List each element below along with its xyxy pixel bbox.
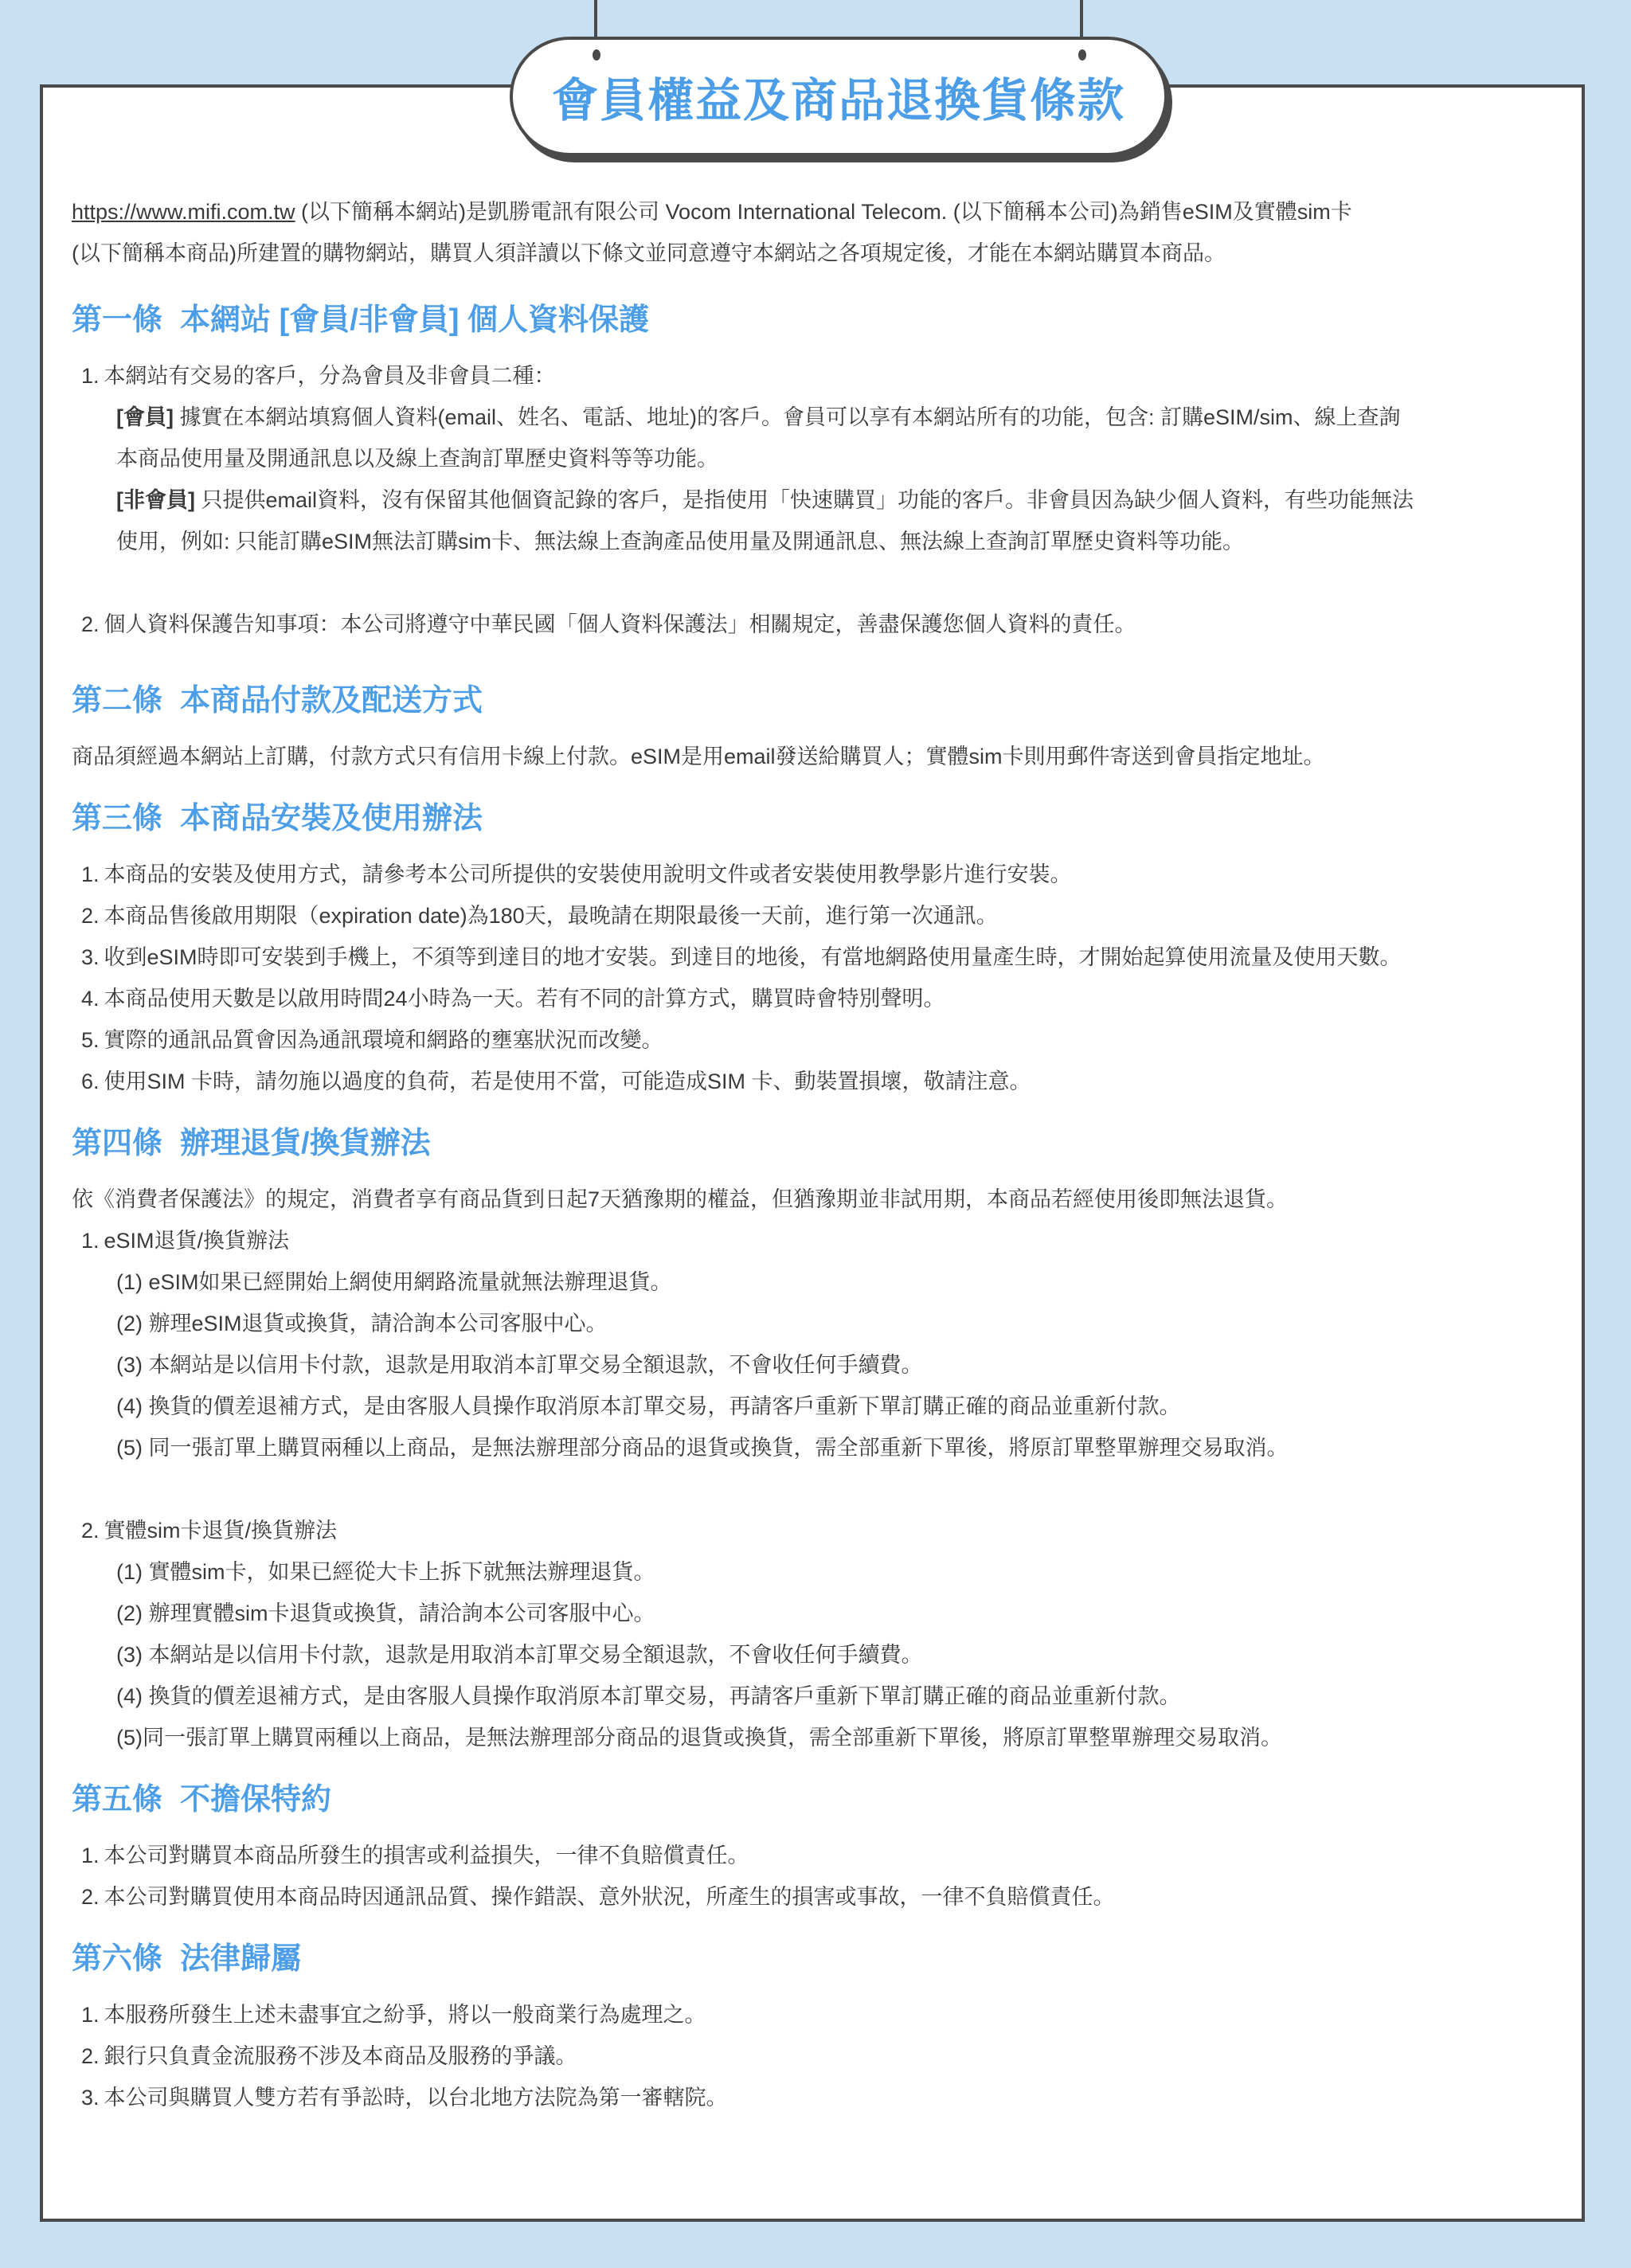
list-index: 2. [81, 1519, 100, 1543]
list-text: 實際的通訊品質會因為通訊環境和網路的壅塞狀況而改變。 [104, 1028, 663, 1052]
intro-paragraph: https://www.mifi.com.tw (以下簡稱本網站)是凱勝電訊有限… [72, 191, 1553, 233]
page-title: 會員權益及商品退換貨條款 [552, 63, 1125, 130]
nonmember-definition: [非會員] 只提供email資料，沒有保留其他個資記錄的客戶，是指使用「快速購買… [81, 479, 1553, 521]
list-item: 1.本網站有交易的客戶，分為會員及非會員二種： [81, 355, 1553, 397]
list-text: 本服務所發生上述未盡事宜之紛爭，將以一般商業行為處理之。 [104, 2003, 706, 2027]
member-text-line2: 本商品使用量及開通訊息以及線上查詢訂單歷史資料等等功能。 [81, 438, 1553, 479]
section-2-heading: 本商品付款及配送方式 [180, 684, 483, 718]
section-6-list: 1.本服務所發生上述未盡事宜之紛爭，將以一般商業行為處理之。 2.銀行只負責金流… [72, 1994, 1553, 2118]
list-index: 5. [81, 1028, 100, 1052]
section-1-title: 第一條本網站 [會員/非會員] 個人資料保護 [72, 296, 1553, 344]
list-index: 2. [81, 1885, 100, 1909]
list-text: 銀行只負責金流服務不涉及本商品及服務的爭議。 [104, 2044, 577, 2068]
member-text-line1: 據實在本網站填寫個人資料(email、姓名、電話、地址)的客戶。會員可以享有本網… [174, 405, 1401, 429]
list-item: 3.本公司與購買人雙方若有爭訟時，以台北地方法院為第一審轄院。 [81, 2077, 1553, 2118]
list-item: (5)同一張訂單上購買兩種以上商品，是無法辦理部分商品的退貨或換貨，需全部重新下… [81, 1717, 1553, 1758]
section-3-title: 第三條本商品安裝及使用辦法 [72, 795, 1553, 843]
list-text: 本網站有交易的客戶，分為會員及非會員二種： [104, 364, 556, 388]
list-index: 1. [81, 1844, 100, 1867]
section-1-heading: 本網站 [會員/非會員] 個人資料保護 [180, 303, 649, 337]
nonmember-label: [非會員] [116, 488, 195, 512]
section-6-number: 第六條 [72, 1942, 162, 1976]
list-text: 本商品的安裝及使用方式，請參考本公司所提供的安裝使用說明文件或者安裝使用教學影片… [104, 862, 1072, 886]
section-5-number: 第五條 [72, 1783, 162, 1816]
section-1-list: 1.本網站有交易的客戶，分為會員及非會員二種： [會員] 據實在本網站填寫個人資… [72, 355, 1553, 645]
list-index: 3. [81, 2086, 100, 2110]
list-text: 本公司對購買本商品所發生的損害或利益損失，一律不負賠償責任。 [104, 1844, 749, 1867]
group-heading: 2.實體sim卡退貨/換貨辦法 [81, 1510, 1553, 1551]
title-plaque: 會員權益及商品退換貨條款 [510, 37, 1168, 156]
spacer [81, 1468, 1553, 1510]
list-item: 1.本公司對購買本商品所發生的損害或利益損失，一律不負賠償責任。 [81, 1835, 1553, 1876]
list-item: 4.本商品使用天數是以啟用時間24小時為一天。若有不同的計算方式，購買時會特別聲… [81, 978, 1553, 1019]
section-3-number: 第三條 [72, 802, 162, 835]
section-4-body: 依《消費者保護法》的規定，消費者享有商品貨到日起7天猶豫期的權益，但猶豫期並非試… [72, 1179, 1553, 1220]
nonmember-text-line1: 只提供email資料，沒有保留其他個資記錄的客戶，是指使用「快速購買」功能的客戶… [195, 488, 1414, 512]
list-item: (5) 同一張訂單上購買兩種以上商品，是無法辦理部分商品的退貨或換貨，需全部重新… [81, 1427, 1553, 1468]
list-index: 1. [81, 1229, 100, 1253]
list-item: (3) 本網站是以信用卡付款，退款是用取消本訂單交易全額退款，不會收任何手續費。 [81, 1634, 1553, 1676]
list-item: 2.本公司對購買使用本商品時因通訊品質、操作錯誤、意外狀況，所產生的損害或事故，… [81, 1876, 1553, 1918]
site-link[interactable]: https://www.mifi.com.tw [72, 200, 295, 224]
list-item: 5.實際的通訊品質會因為通訊環境和網路的壅塞狀況而改變。 [81, 1019, 1553, 1061]
section-4-heading: 辦理退貨/換貨辦法 [180, 1127, 431, 1160]
list-index: 3. [81, 945, 100, 969]
list-item: (1) 實體sim卡，如果已經從大卡上拆下就無法辦理退貨。 [81, 1551, 1553, 1593]
section-5-heading: 不擔保特約 [180, 1783, 331, 1816]
section-6-title: 第六條法律歸屬 [72, 1935, 1553, 1983]
section-1-number: 第一條 [72, 303, 162, 337]
list-item: 2.銀行只負責金流服務不涉及本商品及服務的爭議。 [81, 2035, 1553, 2077]
section-5-list: 1.本公司對購買本商品所發生的損害或利益損失，一律不負賠償責任。 2.本公司對購… [72, 1835, 1553, 1918]
list-item: (1) eSIM如果已經開始上網使用網路流量就無法辦理退貨。 [81, 1261, 1553, 1303]
list-index: 6. [81, 1069, 100, 1093]
list-index: 1. [81, 862, 100, 886]
list-index: 2. [81, 612, 100, 636]
group-heading: 1.eSIM退貨/換貨辦法 [81, 1220, 1553, 1261]
hanger-pin-right [1078, 49, 1086, 61]
list-item: 2.個人資料保護告知事項：本公司將遵守中華民國「個人資料保護法」相關規定，善盡保… [81, 604, 1553, 645]
section-2-number: 第二條 [72, 684, 162, 718]
terms-content: https://www.mifi.com.tw (以下簡稱本網站)是凱勝電訊有限… [72, 191, 1553, 2118]
section-6-heading: 法律歸屬 [180, 1942, 301, 1976]
list-item: 2.本商品售後啟用期限（expiration date)為180天，最晚請在期限… [81, 895, 1553, 937]
section-4-esim-group: 1.eSIM退貨/換貨辦法 (1) eSIM如果已經開始上網使用網路流量就無法辦… [72, 1220, 1553, 1510]
section-4-number: 第四條 [72, 1127, 162, 1160]
list-item: (4) 換貨的價差退補方式，是由客服人員操作取消原本訂單交易，再請客戶重新下單訂… [81, 1676, 1553, 1717]
section-3-list: 1.本商品的安裝及使用方式，請參考本公司所提供的安裝使用說明文件或者安裝使用教學… [72, 854, 1553, 1102]
intro-text-line1: (以下簡稱本網站)是凱勝電訊有限公司 Vocom International T… [295, 200, 1352, 224]
list-item: 3.收到eSIM時即可安裝到手機上，不須等到達目的地才安裝。到達目的地後，有當地… [81, 937, 1553, 978]
list-text: 使用SIM 卡時，請勿施以過度的負荷，若是使用不當，可能造成SIM 卡、動裝置損… [104, 1069, 1031, 1093]
list-text: 本商品使用天數是以啟用時間24小時為一天。若有不同的計算方式，購買時會特別聲明。 [104, 987, 945, 1011]
spacer [81, 562, 1553, 604]
group-heading-text: 實體sim卡退貨/換貨辦法 [104, 1519, 338, 1543]
section-4-title: 第四條辦理退貨/換貨辦法 [72, 1120, 1553, 1167]
list-item: (2) 辦理eSIM退貨或換貨，請洽詢本公司客服中心。 [81, 1303, 1553, 1344]
hanger-pin-left [593, 49, 600, 61]
list-item: 1.本服務所發生上述未盡事宜之紛爭，將以一般商業行為處理之。 [81, 1994, 1553, 2035]
intro-text-line2: (以下簡稱本商品)所建置的購物網站，購買人須詳讀以下條文並同意遵守本網站之各項規… [72, 233, 1553, 274]
list-index: 2. [81, 904, 100, 928]
list-item: 6.使用SIM 卡時，請勿施以過度的負荷，若是使用不當，可能造成SIM 卡、動裝… [81, 1061, 1553, 1102]
list-item: (3) 本網站是以信用卡付款，退款是用取消本訂單交易全額退款，不會收任何手續費。 [81, 1344, 1553, 1386]
list-index: 1. [81, 364, 100, 388]
section-2-title: 第二條本商品付款及配送方式 [72, 677, 1553, 725]
member-label: [會員] [116, 405, 174, 429]
group-heading-text: eSIM退貨/換貨辦法 [104, 1229, 290, 1253]
section-3-heading: 本商品安裝及使用辦法 [180, 802, 483, 835]
list-text: 個人資料保護告知事項：本公司將遵守中華民國「個人資料保護法」相關規定，善盡保護您… [104, 612, 1136, 636]
list-index: 4. [81, 987, 100, 1011]
list-text: 本商品售後啟用期限（expiration date)為180天，最晚請在期限最後… [104, 904, 998, 928]
list-index: 1. [81, 2003, 100, 2027]
section-5-title: 第五條不擔保特約 [72, 1776, 1553, 1824]
list-text: 收到eSIM時即可安裝到手機上，不須等到達目的地才安裝。到達目的地後，有當地網路… [104, 945, 1402, 969]
list-index: 2. [81, 2044, 100, 2068]
list-item: (2) 辦理實體sim卡退貨或換貨，請洽詢本公司客服中心。 [81, 1593, 1553, 1634]
section-2-body: 商品須經過本網站上訂購，付款方式只有信用卡線上付款。eSIM是用email發送給… [72, 736, 1553, 777]
list-text: 本公司與購買人雙方若有爭訟時，以台北地方法院為第一審轄院。 [104, 2086, 728, 2110]
section-4-sim-group: 2.實體sim卡退貨/換貨辦法 (1) 實體sim卡，如果已經從大卡上拆下就無法… [72, 1510, 1553, 1758]
list-item: (4) 換貨的價差退補方式，是由客服人員操作取消原本訂單交易，再請客戶重新下單訂… [81, 1386, 1553, 1427]
member-definition: [會員] 據實在本網站填寫個人資料(email、姓名、電話、地址)的客戶。會員可… [81, 397, 1553, 438]
list-text: 本公司對購買使用本商品時因通訊品質、操作錯誤、意外狀況，所產生的損害或事故，一律… [104, 1885, 1115, 1909]
nonmember-text-line2: 使用，例如: 只能訂購eSIM無法訂購sim卡、無法線上查詢產品使用量及開通訊息… [81, 521, 1553, 562]
list-item: 1.本商品的安裝及使用方式，請參考本公司所提供的安裝使用說明文件或者安裝使用教學… [81, 854, 1553, 895]
